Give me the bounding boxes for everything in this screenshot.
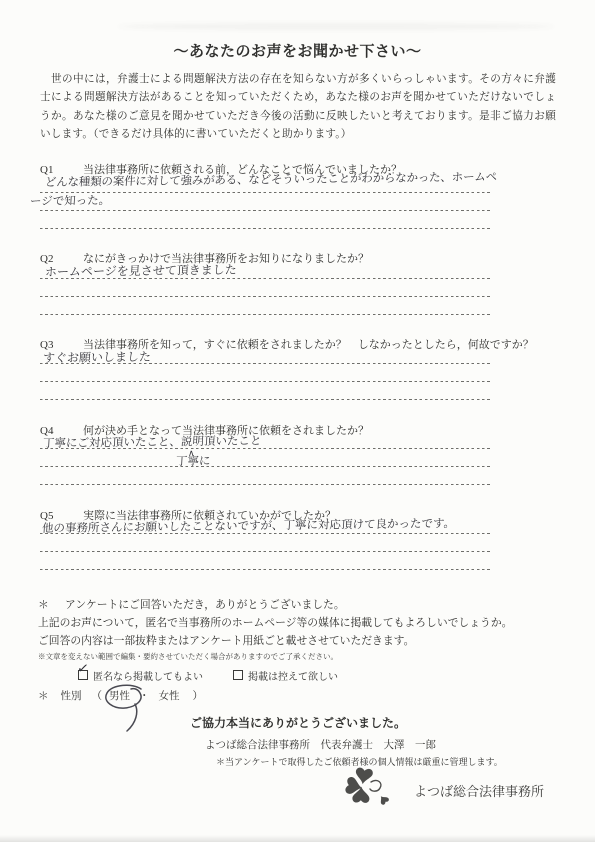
four-leaf-clover-logo-icon [344,766,392,808]
question-block-1: Q1当法律事務所に依頼される前，どんなことで悩んでいましたか？ どんな種類の案件… [40,161,492,243]
publish-options: ✓ 匿名なら掲載してもよい 掲載は控えて欲しい [38,668,560,682]
question-block-4: Q4何が決め手となって当法律事務所に依頼をされましたか？ 丁寧にご対応頂いたこと… [40,422,492,504]
checkbox-option-anonymous-ok[interactable]: ✓ 匿名なら掲載してもよい [78,668,203,683]
scan-bottom-edge [0,835,595,842]
paren-open: （ [92,691,103,702]
answer-line [40,552,492,570]
answer-line [40,467,492,485]
gender-row: ＊性別（男性・女性） [38,688,560,710]
answer-line [40,382,492,400]
consent-section: ＊アンケートにご回答いただき，ありがとうございました。 上記のお声について，匿名… [38,596,560,710]
separator-dot: ・ [139,691,150,702]
bullet: ＊ [38,596,65,614]
firm-representative-line: よつば総合法律事務所 代表弁護士 大澤 一郎 [205,737,436,752]
survey-thanks-text: アンケートにご回答いただき，ありがとうございました。 [65,599,345,611]
survey-page: ～あなたのお声をお聞かせ下さい～ 世の中には，弁護士による問題解決方法の存在を知… [0,0,595,842]
publish-question-text: 上記のお声について，匿名で当事務所のホームページ等の媒体に掲載してもよろしいでし… [38,614,560,632]
check-mark-icon: ✓ [76,660,90,677]
handwritten-answer: ージで知った。 [30,192,111,209]
answer-line [40,449,492,467]
question-block-2: Q2なにがきっかけで当法律事務所をお知りになりましたか？ ホームページを見させて… [40,250,492,332]
gender-label: 性別 [61,691,82,702]
edit-note-text: ※文章を変えない範囲で編集・要約させていただく場合がありますのでご了承ください。 [38,652,560,662]
handwritten-circle-annotation [100,681,148,737]
footer-thanks-text: ご協力本当にありがとうございました。 [190,714,406,731]
checkbox-unchecked-icon[interactable] [233,670,243,680]
survey-thanks-row: ＊アンケートにご回答いただき，ありがとうございました。 [38,596,560,614]
answer-line [40,211,492,229]
handwritten-answer: すぐお願いしました [43,348,152,366]
handwritten-insertion: 丁寧に [176,453,211,469]
publish-detail-text: ご回答の内容は一部抜粋またはアンケート用紙ごと載せさせていただきます。 [38,632,560,650]
firm-logo-text: よつば総合法律事務所 [414,781,544,800]
handwritten-answer: ホームページを見させて頂きました [45,261,238,280]
scan-artifact [118,23,554,30]
answer-line [40,364,492,382]
checkbox-option-decline[interactable]: 掲載は控えて欲しい [233,668,338,683]
page-title: ～あなたのお声をお聞かせ下さい～ [0,40,595,61]
bullet: ＊ [38,691,49,702]
handwritten-answer: 丁寧にご対応頂いたこと、説明頂いたこと [43,432,262,451]
paren-close: ） [193,691,204,702]
answer-line [40,279,492,297]
intro-paragraph: 世の中には，弁護士による問題解決方法の存在を知らない方が多くいらっしゃいます。そ… [40,71,556,145]
answer-line [40,297,492,315]
option-label: 匿名なら掲載してもよい [93,668,203,683]
gender-female-option[interactable]: 女性 [159,691,180,702]
checkbox-checked-icon[interactable]: ✓ [78,670,88,680]
gender-male-option[interactable]: 男性 [109,691,130,702]
option-label: 掲載は控えて欲しい [248,668,338,683]
question-block-5: Q5実際に当法律事務所に依頼されていかがでしたか？ 他の事務所さんにお願いしたこ… [40,507,492,589]
question-block-3: Q3当法律事務所を知って，すぐに依頼をされましたか？ しなかったとしたら，何故で… [40,336,492,418]
answer-line [40,534,492,552]
